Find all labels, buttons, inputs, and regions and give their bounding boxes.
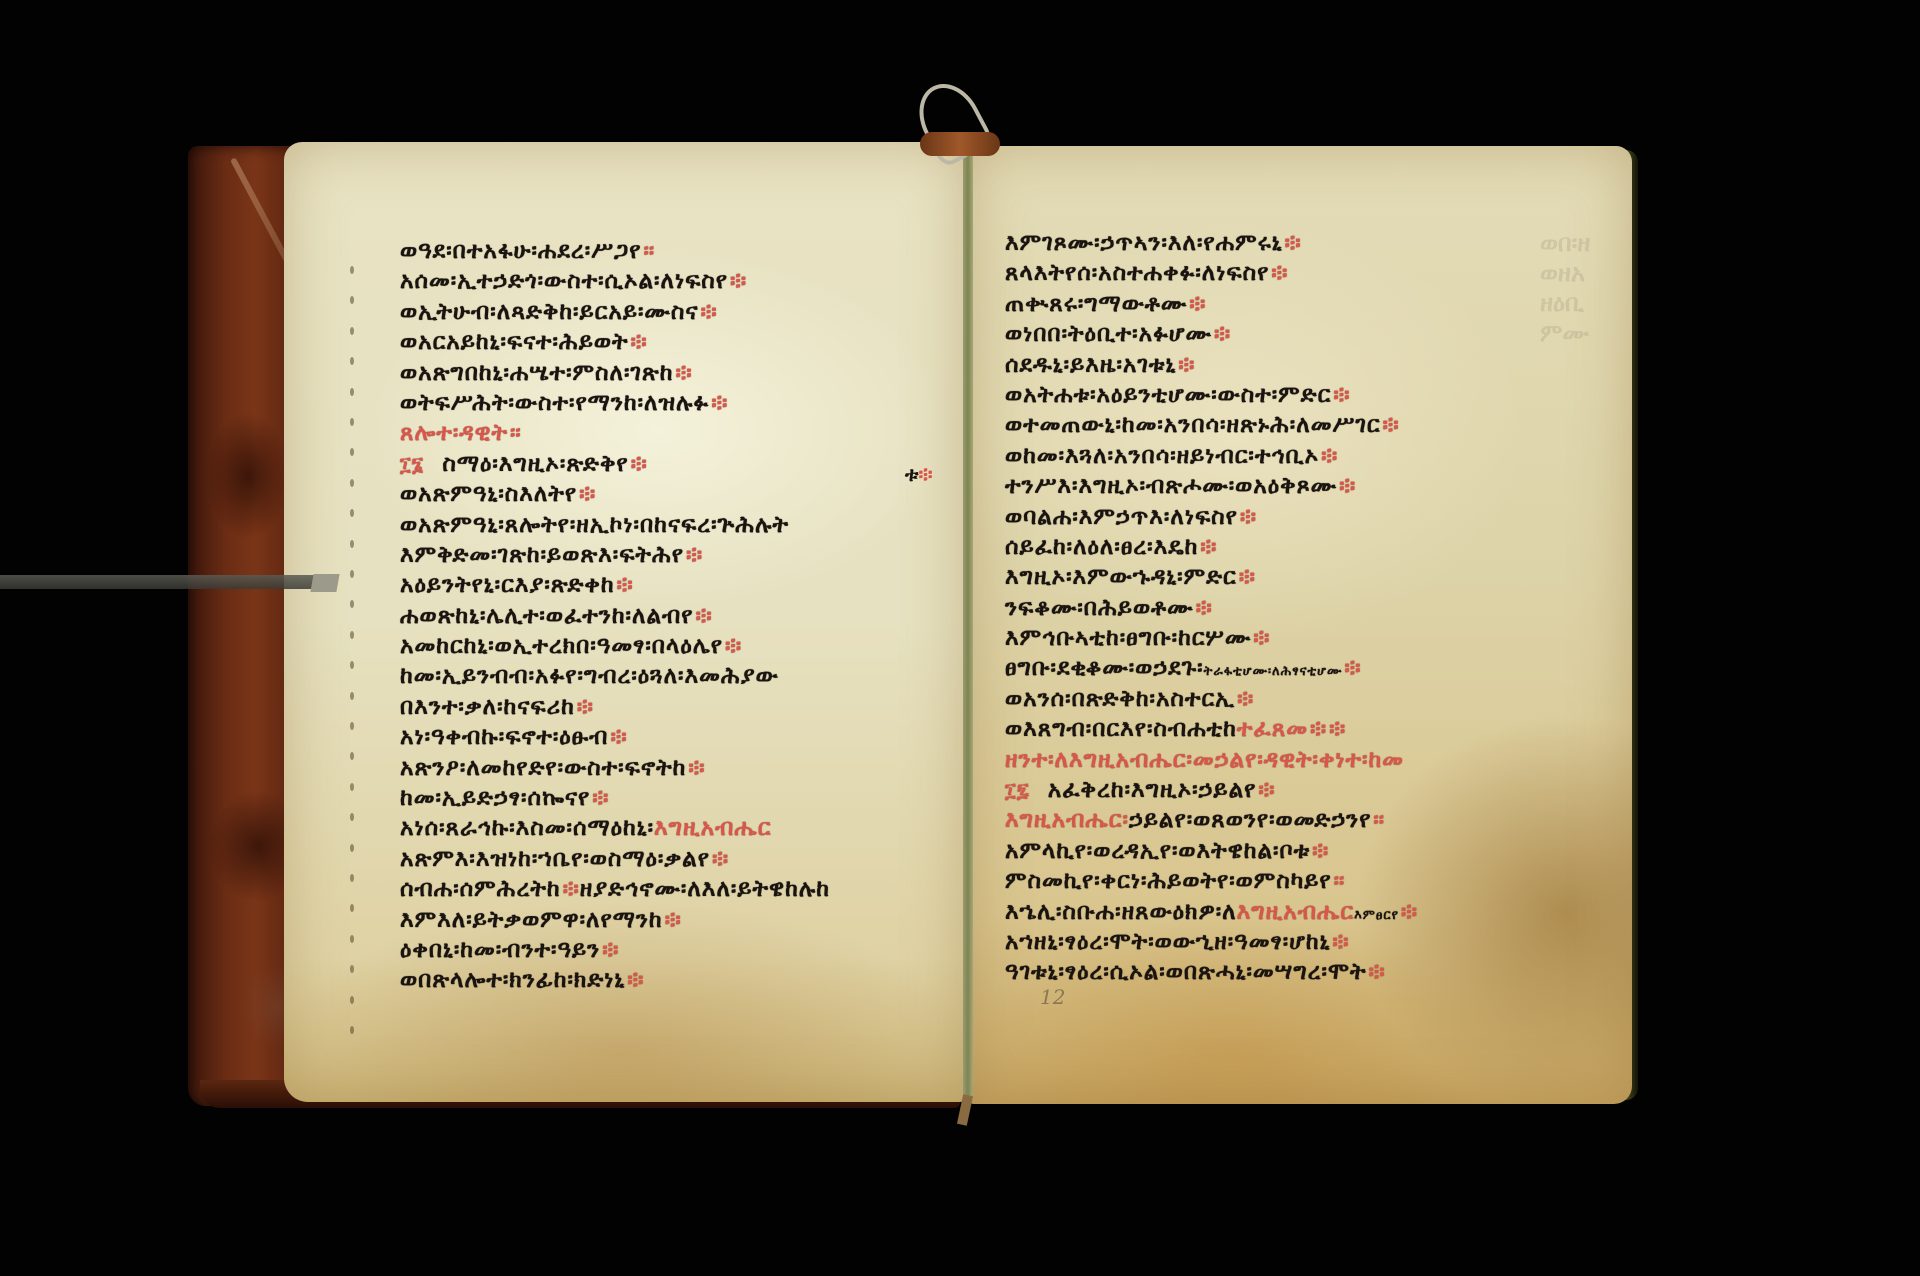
line-text: ወበጽላሎተ፡ክንፊከ፡ክድነኒ bbox=[400, 967, 625, 993]
line-text: ወእጸግብ፡በርእየ፡ስብሐቲከ bbox=[1005, 716, 1237, 742]
manuscript-line: አሰመ፡ኢተኃድጎ፡ውስተ፡ሲኦል፡ለነፍስየ፨ bbox=[400, 266, 960, 296]
line-text: ወአጽምዓኒ፡ጸሎትየ፡ዘኢኮነ፡በከናፍረ፡ጕሕሉት bbox=[400, 512, 789, 538]
verse-separator: ፨ bbox=[1239, 564, 1256, 590]
line-text: አጽምእ፡እዝነከ፡ኀቤየ፡ወስማዕ፡ቃልየ bbox=[400, 846, 710, 872]
manuscript-line: ሰብሐ፡ሰምሕረትከ፨ዘያድኅኖሙ፡ለእለ፡ይትዌከሉከ bbox=[400, 874, 960, 904]
line-text: እምኅቡኣቲከ፡ፀግቡ፡ከርሦሙ bbox=[1005, 625, 1251, 651]
line-text: አዕይንትየኒ፡ርእያ፡ጽድቀከ bbox=[400, 572, 615, 598]
prick-mark bbox=[350, 418, 354, 426]
line-text: አሰመ፡ኢተኃድጎ፡ውስተ፡ሲኦል፡ለነፍስየ bbox=[400, 268, 728, 294]
verse-separator: ፨ bbox=[1253, 625, 1270, 651]
verse-separator: ፨ bbox=[1258, 777, 1275, 803]
manuscript-line: አጽንዖ፡ለመከየድየ፡ውስተ፡ፍኖትከ፨ bbox=[400, 753, 960, 783]
verse-separator: ፨ bbox=[630, 329, 647, 355]
line-text: እግዚኦ፡እምውኁዳኒ፡ምድር bbox=[1005, 564, 1237, 590]
line-text: አፈቅረከ፡እግዚኦ፡ኃይልየ bbox=[1048, 777, 1257, 803]
verse-separator: ፨ bbox=[1178, 352, 1195, 378]
rubric-text: ዘንተ፡ለእግዚአብሔር፡መኃልየ፡ዳዊት፡ቀነተ፡ከመ bbox=[1005, 747, 1404, 773]
manuscript-line: ፀግቡ፡ደቂቆሙ፡ወኃደጉ፡ትራፋቲሆሙ፡ለሕፃናቲሆሙ፨ bbox=[1005, 653, 1605, 683]
prick-mark bbox=[350, 722, 354, 730]
prick-mark bbox=[350, 357, 354, 365]
line-text: እምገጾሙ፡ኃጥኣን፡እለ፡የሐምሩኒ bbox=[1005, 230, 1283, 256]
manuscript-line: ወአርአይከኒ፡ፍናተ፡ሕይወት፨ bbox=[400, 327, 960, 357]
manuscript-line: አምላኪየ፡ወረዳኢየ፡ወእትዌከል፡ቦቱ፨ bbox=[1005, 836, 1605, 866]
verse-separator: ፨ bbox=[610, 724, 627, 750]
verse-separator: ፨ bbox=[592, 785, 609, 811]
bookmark-ribbon-tip bbox=[310, 574, 339, 592]
verse-separator: ፨ bbox=[617, 572, 634, 598]
line-text: ወአጽግበከኒ፡ሐሤተ፡ምስለ፡ገጽከ bbox=[400, 360, 673, 386]
manuscript-line: አዕይንትየኒ፡ርእያ፡ጽድቀከ፨ bbox=[400, 570, 960, 600]
prick-mark bbox=[350, 874, 354, 882]
verse-separator: ፨ bbox=[725, 633, 742, 659]
verse-separator: ፨ bbox=[1285, 230, 1302, 256]
manuscript-line: ወአጽምዓኒ፡ጸሎትየ፡ዘኢኮነ፡በከናፍረ፡ጕሕሉት bbox=[400, 510, 960, 540]
prick-mark bbox=[350, 813, 354, 821]
prick-mark bbox=[350, 570, 354, 578]
line-text: ወዓደ፡በተአፋሁ፡ሐደረ፡ሥጋየ bbox=[400, 238, 641, 264]
prick-mark bbox=[350, 844, 354, 852]
manuscript-line: ከመ፡ኢይንብብ፡አፉየ፡ግብረ፡ዕጓለ፡እመሕያው bbox=[400, 661, 960, 691]
manuscript-line: ወተመጠውኒ፡ከመ፡አንበሳ፡ዘጽኑሕ፡ለመሥገር፨ bbox=[1005, 410, 1605, 440]
prick-mark bbox=[350, 600, 354, 608]
line-text: አጽንዖ፡ለመከየድየ፡ውስተ፡ፍኖትከ bbox=[400, 755, 686, 781]
prick-mark bbox=[350, 692, 354, 700]
line-text: አመከርከኒ፡ወኢተረክበ፡ዓመፃ፡በላዕሌየ bbox=[400, 633, 723, 659]
verse-separator: ፨ bbox=[627, 967, 644, 993]
prick-mark bbox=[350, 904, 354, 912]
manuscript-line: ወአትሐቱ፡አዕይንቲሆሙ፡ውስተ፡ምድር፨ bbox=[1005, 380, 1605, 410]
bookmark-ribbon bbox=[0, 575, 335, 589]
manuscript-line: ተንሥእ፡እግዚኦ፡ብጽሖሙ፡ወአዕቅጾሙ፨ bbox=[1005, 471, 1605, 501]
verse-separator: ፨ bbox=[1196, 595, 1213, 621]
verse-separator: ፨ bbox=[631, 451, 648, 477]
line-text-small: ትራፋቲሆሙ፡ለሕፃናቲሆሙ bbox=[1204, 664, 1343, 679]
verse-separator: ፨ bbox=[563, 876, 580, 902]
line-text: ወትፍሥሕት፡ውስተ፡የማንከ፡ለዝሉፉ bbox=[400, 390, 709, 416]
line-text: በእንተ፡ቃለ፡ከናፍሪከ bbox=[400, 694, 575, 720]
manuscript-line: ወዓደ፡በተአፋሁ፡ሐደረ፡ሥጋየ። bbox=[400, 236, 960, 266]
verse-separator: ፨ bbox=[1383, 412, 1400, 438]
rubric-text: እግዚአብሔር፡ bbox=[1005, 807, 1129, 833]
manuscript-line: ምስመኪየ፡ቀርነ፡ሕይወትየ፡ወምስካይየ። bbox=[1005, 866, 1605, 896]
line-text: አኀዘኒ፡ፃዕረ፡ሞት፡ወውኂዘ፡ዓመፃ፡ሆከኒ bbox=[1005, 929, 1330, 955]
manuscript-line: እግዚአብሔር፡ኃይልየ፡ወጸወንየ፡ወመድኃንየ። bbox=[1005, 805, 1605, 835]
line-text: ወከመ፡እጓለ፡አንበሳ፡ዘይነብር፡ተኅቢኦ bbox=[1005, 443, 1319, 469]
manuscript-line: ዕቀበኒ፡ከመ፡ብንተ፡ዓይን፨ bbox=[400, 935, 960, 965]
prick-mark bbox=[350, 479, 354, 487]
verse-separator: ፨ bbox=[686, 542, 703, 568]
verse-separator: ፨ bbox=[577, 694, 594, 720]
manuscript-line: ወባልሐ፡እምኃጥእ፡ለነፍስየ፨ bbox=[1005, 502, 1605, 532]
manuscript-line: ጸሎተ፡ዳዊት። bbox=[400, 418, 960, 448]
verse-separator: ፨ bbox=[1214, 321, 1231, 347]
manuscript-line: ወበጽላሎተ፡ክንፊከ፡ክድነኒ፨ bbox=[400, 965, 960, 995]
verse-separator: ፨ bbox=[1333, 382, 1350, 408]
verse-separator: ፨ bbox=[696, 603, 713, 629]
manuscript-line: ወአጽግበከኒ፡ሐሤተ፡ምስለ፡ገጽከ፨ bbox=[400, 358, 960, 388]
verse-separator: ፨ bbox=[1310, 716, 1327, 742]
manuscript-line: ወከመ፡እጓለ፡አንበሳ፡ዘይነብር፡ተኅቢኦ፨ bbox=[1005, 441, 1605, 471]
verse-separator: ፨ bbox=[711, 390, 728, 416]
psalm-number: ፲፯ bbox=[1005, 778, 1030, 802]
prick-mark bbox=[350, 540, 354, 548]
manuscript-line: ወእጸግብ፡በርእየ፡ስብሐቲከተፈጸመ፨፨ bbox=[1005, 714, 1605, 744]
verse-separator: ፨ bbox=[1321, 443, 1338, 469]
prick-mark bbox=[350, 1026, 354, 1034]
verse-separator: ፨ bbox=[701, 299, 718, 325]
line-text: ኃይልየ፡ወጸወንየ፡ወመድኃንየ bbox=[1129, 807, 1372, 833]
verse-separator: ፨ bbox=[730, 268, 747, 294]
line-text: ፀግቡ፡ደቂቆሙ፡ወኃደጉ፡ bbox=[1005, 655, 1204, 681]
verse-separator: ። bbox=[643, 238, 655, 264]
line-text: ወአጽምዓኒ፡ስእለትየ bbox=[400, 481, 577, 507]
line-text: አነሰ፡ጸራኅኩ፡እስመ፡ሰማዕከኒ፡ bbox=[400, 815, 654, 841]
line-text: ጠቊጸሩ፡ግማውቶሙ bbox=[1005, 291, 1187, 317]
line-text: ሰብሐ፡ሰምሕረትከ bbox=[400, 876, 561, 902]
verse-separator: ፨ bbox=[1271, 260, 1288, 286]
verse-separator: ፨ bbox=[1332, 929, 1349, 955]
line-text: ዕቀበኒ፡ከመ፡ብንተ፡ዓይን bbox=[400, 937, 600, 963]
prick-mark bbox=[350, 296, 354, 304]
manuscript-line: በእንተ፡ቃለ፡ከናፍሪከ፨ bbox=[400, 692, 960, 722]
line-text: ተንሥእ፡እግዚኦ፡ብጽሖሙ፡ወአዕቅጾሙ bbox=[1005, 473, 1337, 499]
prick-mark bbox=[350, 965, 354, 973]
line-text: ወአትሐቱ፡አዕይንቲሆሙ፡ውስተ፡ምድር bbox=[1005, 382, 1331, 408]
line-text: ዘያድኅኖሙ፡ለእለ፡ይትዌከሉከ bbox=[580, 876, 830, 902]
line-text: ጸሎተ፡ዳዊት bbox=[400, 420, 508, 446]
verse-separator: ፨ bbox=[1237, 686, 1254, 712]
left-page-text: ወዓደ፡በተአፋሁ፡ሐደረ፡ሥጋየ።አሰመ፡ኢተኃድጎ፡ውስተ፡ሲኦል፡ለነፍስ… bbox=[400, 236, 960, 996]
manuscript-line: ሐወጽከኒ፡ሌሊተ፡ወፈተንከ፡ለልብየ፨ bbox=[400, 601, 960, 631]
verse-separator: ፨ bbox=[579, 481, 596, 507]
margin-note: ቱ፨ bbox=[905, 462, 933, 486]
manuscript-line: እምቅድመ፡ገጽከ፡ይወጽእ፡ፍትሕየ፨ bbox=[400, 540, 960, 570]
manuscript-line: እግዚኦ፡እምውኁዳኒ፡ምድር፨ bbox=[1005, 562, 1605, 592]
line-text: ንፍቆሙ፡በሕይወቶሙ bbox=[1005, 595, 1194, 621]
manuscript-line: እምእለ፡ይትቃወምዋ፡ለየማንከ፨ bbox=[400, 905, 960, 935]
manuscript-line: ጸላእትየሰ፡አስተሐቀፉ፡ለነፍስየ፨ bbox=[1005, 258, 1605, 288]
folio-number: 12 bbox=[1040, 985, 1065, 1009]
manuscript-line: ወአጽምዓኒ፡ስእለትየ፨ bbox=[400, 479, 960, 509]
verse-separator: ፨ bbox=[1369, 959, 1386, 985]
gutter bbox=[963, 150, 973, 1100]
verse-separator: ። bbox=[1373, 807, 1385, 833]
line-text: ሐወጽከኒ፡ሌሊተ፡ወፈተንከ፡ለልብየ bbox=[400, 603, 694, 629]
prick-mark bbox=[350, 935, 354, 943]
line-text: እምእለ፡ይትቃወምዋ፡ለየማንከ bbox=[400, 907, 663, 933]
line-text: ከመ፡ኢይድኃፃ፡ሰኰናየ bbox=[400, 785, 590, 811]
right-page-text: እምገጾሙ፡ኃጥኣን፡እለ፡የሐምሩኒ፨ጸላእትየሰ፡አስተሐቀፉ፡ለነፍስየ፨… bbox=[1005, 228, 1605, 988]
manuscript-line: አመከርከኒ፡ወኢተረክበ፡ዓመፃ፡በላዕሌየ፨ bbox=[400, 631, 960, 661]
verse-separator: ፨ bbox=[675, 360, 692, 386]
verse-separator: ፨ bbox=[712, 846, 729, 872]
prick-mark bbox=[350, 783, 354, 791]
manuscript-line: ሰደዱኒ፡ይእዜ፡አገቱኒ፨ bbox=[1005, 350, 1605, 380]
verse-separator: ። bbox=[1334, 868, 1346, 894]
manuscript-line: ወአንሰ፡በጽድቅከ፡አስተርኢ፨ bbox=[1005, 684, 1605, 714]
manuscript-line: ከመ፡ኢይድኃፃ፡ሰኰናየ፨ bbox=[400, 783, 960, 813]
manuscript-line: እምኅቡኣቲከ፡ፀግቡ፡ከርሦሙ፨ bbox=[1005, 623, 1605, 653]
manuscript-line: ጠቊጸሩ፡ግማውቶሙ፨ bbox=[1005, 289, 1605, 319]
verse-separator: ፨ bbox=[1240, 504, 1257, 530]
manuscript-line: ወትፍሥሕት፡ውስተ፡የማንከ፡ለዝሉፉ፨ bbox=[400, 388, 960, 418]
line-text-small: እምፀርየ bbox=[1354, 908, 1399, 923]
pricking-marks bbox=[350, 266, 360, 1046]
verse-separator: ፨ bbox=[1344, 655, 1361, 681]
line-text: ስማዕ፡እግዚኦ፡ጽድቅየ bbox=[442, 451, 628, 477]
prick-mark bbox=[350, 631, 354, 639]
verse-separator: ፨ bbox=[1329, 716, 1346, 742]
manuscript-line: ፲፯አፈቅረከ፡እግዚኦ፡ኃይልየ፨ bbox=[1005, 775, 1605, 805]
verse-separator: ። bbox=[510, 420, 522, 446]
prick-mark bbox=[350, 509, 354, 517]
line-text: አምላኪየ፡ወረዳኢየ፡ወእትዌከል፡ቦቱ bbox=[1005, 838, 1310, 864]
prick-mark bbox=[350, 388, 354, 396]
line-text: ወነበበ፡ትዕቢተ፡አፉሆሙ bbox=[1005, 321, 1212, 347]
rubric-text: እግዚአብሔር bbox=[1237, 899, 1354, 925]
verse-separator: ፨ bbox=[1200, 534, 1217, 560]
verse-separator: ፨ bbox=[602, 937, 619, 963]
line-text: ሰይፈከ፡ለዕለ፡ፀረ፡እዴከ bbox=[1005, 534, 1198, 560]
manuscript-line: እኄሊ፡ስቡሐ፡ዘጸውዕክዎ፡ለእግዚአብሔርእምፀርየ፨ bbox=[1005, 897, 1605, 927]
rubric-text: እግዚአብሔር bbox=[654, 815, 771, 841]
prick-mark bbox=[350, 327, 354, 335]
rubric-text: ተፈጸመ bbox=[1237, 716, 1308, 742]
line-text: ከመ፡ኢይንብብ፡አፉየ፡ግብረ፡ዕጓለ፡እመሕያው bbox=[400, 663, 779, 689]
line-text: ወአርአይከኒ፡ፍናተ፡ሕይወት bbox=[400, 329, 628, 355]
prick-mark bbox=[350, 448, 354, 456]
manuscript-line: ሰይፈከ፡ለዕለ፡ፀረ፡እዴከ፨ bbox=[1005, 532, 1605, 562]
manuscript-line: ዘንተ፡ለእግዚአብሔር፡መኃልየ፡ዳዊት፡ቀነተ፡ከመ bbox=[1005, 745, 1605, 775]
manuscript-line: ፲፮ስማዕ፡እግዚኦ፡ጽድቅየ፨ bbox=[400, 449, 960, 479]
manuscript-line: አኀዘኒ፡ፃዕረ፡ሞት፡ወውኂዘ፡ዓመፃ፡ሆከኒ፨ bbox=[1005, 927, 1605, 957]
prick-mark bbox=[350, 752, 354, 760]
manuscript-line: አጽምእ፡እዝነከ፡ኀቤየ፡ወስማዕ፡ቃልየ፨ bbox=[400, 844, 960, 874]
line-text: ወባልሐ፡እምኃጥእ፡ለነፍስየ bbox=[1005, 504, 1238, 530]
verse-separator: ፨ bbox=[1339, 473, 1356, 499]
manuscript-line: ዓገቱኒ፡ፃዕረ፡ሲኦል፡ወበጽሓኒ፡መሣግረ፡ሞት፨ bbox=[1005, 957, 1605, 987]
line-text: አነ፡ዓቀብኩ፡ፍኖተ፡ዕፁብ bbox=[400, 724, 608, 750]
line-text: ወተመጠውኒ፡ከመ፡አንበሳ፡ዘጽኑሕ፡ለመሥገር bbox=[1005, 412, 1381, 438]
prick-mark bbox=[350, 996, 354, 1004]
manuscript-line: ንፍቆሙ፡በሕይወቶሙ፨ bbox=[1005, 593, 1605, 623]
verse-separator: ፨ bbox=[665, 907, 682, 933]
verse-separator: ፨ bbox=[688, 755, 705, 781]
verse-separator: ፨ bbox=[1401, 899, 1418, 925]
manuscript-line: አነሰ፡ጸራኅኩ፡እስመ፡ሰማዕከኒ፡እግዚአብሔር bbox=[400, 813, 960, 843]
binding-knot bbox=[920, 132, 1000, 156]
prick-mark bbox=[350, 266, 354, 274]
verse-separator: ፨ bbox=[1312, 838, 1329, 864]
manuscript-line: እምገጾሙ፡ኃጥኣን፡እለ፡የሐምሩኒ፨ bbox=[1005, 228, 1605, 258]
line-text: ጸላእትየሰ፡አስተሐቀፉ፡ለነፍስየ bbox=[1005, 260, 1269, 286]
manuscript-line: ወነበበ፡ትዕቢተ፡አፉሆሙ፨ bbox=[1005, 319, 1605, 349]
line-text: እምቅድመ፡ገጽከ፡ይወጽእ፡ፍትሕየ bbox=[400, 542, 684, 568]
line-text: ሰደዱኒ፡ይእዜ፡አገቱኒ bbox=[1005, 352, 1176, 378]
psalm-number: ፲፮ bbox=[400, 452, 424, 476]
line-text: ወአንሰ፡በጽድቅከ፡አስተርኢ bbox=[1005, 686, 1235, 712]
prick-mark bbox=[350, 661, 354, 669]
manuscript-line: አነ፡ዓቀብኩ፡ፍኖተ፡ዕፁብ፨ bbox=[400, 722, 960, 752]
manuscript-line: ወኢትሁብ፡ለጻድቅከ፡ይርአይ፡ሙስና፨ bbox=[400, 297, 960, 327]
line-text: ምስመኪየ፡ቀርነ፡ሕይወትየ፡ወምስካይየ bbox=[1005, 868, 1332, 894]
manuscript-photo: ወበ፡ዘወዘአዘዕቢምሙ ወዓደ፡በተአፋሁ፡ሐደረ፡ሥጋየ።አሰመ፡ኢተኃድጎ… bbox=[0, 0, 1920, 1276]
line-text: እኄሊ፡ስቡሐ፡ዘጸውዕክዎ፡ለ bbox=[1005, 899, 1237, 925]
line-text: ዓገቱኒ፡ፃዕረ፡ሲኦል፡ወበጽሓኒ፡መሣግረ፡ሞት bbox=[1005, 959, 1367, 985]
line-text: ወኢትሁብ፡ለጻድቅከ፡ይርአይ፡ሙስና bbox=[400, 299, 699, 325]
verse-separator: ፨ bbox=[1189, 291, 1206, 317]
